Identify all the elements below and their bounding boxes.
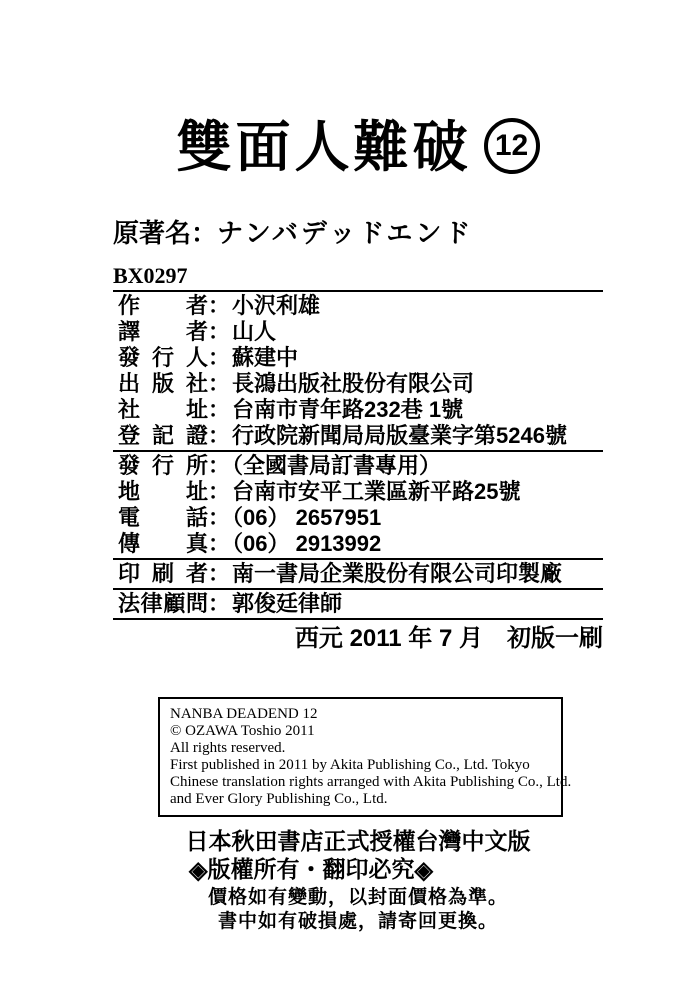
colophon-row-value: 南一書局企業股份有限公司印製廠 — [232, 561, 562, 586]
colophon-row-value: （全國書局訂書專用） — [232, 453, 441, 478]
colophon-row: 印刷者：南一書局企業股份有限公司印製廠 — [113, 561, 603, 587]
colophon-row-separator: ： — [208, 531, 230, 556]
copyright-line: and Ever Glory Publishing Co., Ltd. — [170, 791, 555, 808]
colophon-row-label: 出版社 — [118, 371, 208, 397]
copyright-box: NANBA DEADEND 12 © OZAWA Toshio 2011 All… — [158, 697, 563, 817]
colophon-row-value: 蘇建中 — [232, 345, 298, 370]
original-title: ナンバデッドエンド — [217, 218, 473, 248]
colophon-group: 作者：小沢利雄譯者：山人發行人：蘇建中出版社：長鴻出版社股份有限公司社址：台南市… — [113, 292, 603, 452]
colophon-row-value: 行政院新聞局局版臺業字第5246號 — [232, 423, 567, 448]
copyright-line: NANBA DEADEND 12 — [170, 706, 555, 723]
volume-number: 12 — [495, 117, 528, 175]
colophon-row-label: 作者 — [118, 293, 208, 319]
colophon-group: 法律顧問：郭俊廷律師 — [113, 590, 603, 620]
colophon-row-separator: ： — [208, 423, 230, 448]
edition-date: 西元 2011 年 7 月 初版一刷 — [113, 625, 603, 653]
colophon-row-label: 地址 — [118, 479, 208, 505]
diamond-icon: ◈ — [189, 857, 207, 884]
colophon-row-label: 社址 — [118, 397, 208, 423]
colophon-row-label: 傳真 — [118, 531, 208, 557]
rights-line: ◈版權所有・翻印必究◈ — [66, 855, 556, 885]
colophon-row-label: 譯者 — [118, 319, 208, 345]
diamond-icon: ◈ — [415, 857, 433, 884]
notice-line: 書中如有破損處，請寄回更換。 — [113, 910, 603, 933]
colophon-row-value: 郭俊廷律師 — [232, 591, 342, 616]
copyright-line: First published in 2011 by Akita Publish… — [170, 757, 555, 774]
colophon-row-separator: ： — [208, 397, 230, 422]
colophon-row-value: 台南市安平工業區新平路25號 — [232, 479, 520, 504]
colophon-row: 發行所：（全國書局訂書專用） — [113, 453, 603, 479]
colophon-row: 社址：台南市青年路232巷 1號 — [113, 397, 603, 423]
colophon-row-separator: ： — [208, 453, 230, 478]
original-title-line: 原著名：ナンバデッドエンド — [113, 216, 603, 250]
colophon-row-separator: ： — [208, 505, 230, 530]
colophon-row-separator: ： — [208, 293, 230, 318]
colophon-row-label: 發行所 — [118, 453, 208, 479]
colophon-row: 作者：小沢利雄 — [113, 293, 603, 319]
colophon-row: 法律顧問：郭俊廷律師 — [113, 591, 603, 617]
colophon-row-value: 小沢利雄 — [232, 293, 320, 318]
colophon-group: 印刷者：南一書局企業股份有限公司印製廠 — [113, 560, 603, 590]
colophon-row: 譯者：山人 — [113, 319, 603, 345]
colophon-row-value: 台南市青年路232巷 1號 — [232, 397, 463, 422]
colophon-row-label: 發行人 — [118, 345, 208, 371]
book-title-row: 雙面人難破12 — [113, 118, 603, 176]
colophon-row: 地址：台南市安平工業區新平路25號 — [113, 479, 603, 505]
colophon-row-separator: ： — [208, 371, 230, 396]
colophon-row: 發行人：蘇建中 — [113, 345, 603, 371]
colophon-row-separator: ： — [208, 345, 230, 370]
copyright-line: Chinese translation rights arranged with… — [170, 774, 555, 791]
volume-circle-badge: 12 — [484, 118, 540, 174]
license-line: 日本秋田書店正式授權台灣中文版 — [113, 827, 603, 855]
colophon-group: 發行所：（全國書局訂書專用）地址：台南市安平工業區新平路25號電話：（06） 2… — [113, 452, 603, 560]
book-title: 雙面人難破 — [176, 116, 471, 178]
colophon-row: 電話：（06） 2657951 — [113, 505, 603, 531]
notice-line: 價格如有變動，以封面價格為準。 — [113, 886, 603, 909]
colophon-row: 登記證：行政院新聞局局版臺業字第5246號 — [113, 423, 603, 449]
original-title-separator: ： — [191, 218, 217, 248]
colophon-row-value: （06） 2913992 — [232, 531, 381, 556]
colophon-row-separator: ： — [208, 591, 230, 616]
rights-text: 版權所有・翻印必究 — [208, 856, 415, 882]
colophon-row-label: 電話 — [118, 505, 208, 531]
colophon-row-label: 法律顧問 — [118, 591, 208, 617]
original-title-label: 原著名 — [113, 218, 191, 248]
colophon-row-value: 山人 — [232, 319, 276, 344]
colophon-row-value: （06） 2657951 — [232, 505, 381, 530]
colophon-row-label: 登記證 — [118, 423, 208, 449]
colophon-page: 雙面人難破12 原著名：ナンバデッドエンド BX0297 作者：小沢利雄譯者：山… — [113, 118, 603, 933]
colophon-row-value: 長鴻出版社股份有限公司 — [232, 371, 474, 396]
colophon-row-separator: ： — [208, 561, 230, 586]
colophon-table: 作者：小沢利雄譯者：山人發行人：蘇建中出版社：長鴻出版社股份有限公司社址：台南市… — [113, 292, 603, 620]
copyright-line: All rights reserved. — [170, 740, 555, 757]
book-code: BX0297 — [113, 264, 603, 292]
colophon-row-separator: ： — [208, 319, 230, 344]
colophon-row-label: 印刷者 — [118, 561, 208, 587]
copyright-line: © OZAWA Toshio 2011 — [170, 723, 555, 740]
colophon-row-separator: ： — [208, 479, 230, 504]
colophon-row: 傳真：（06） 2913992 — [113, 531, 603, 557]
colophon-row: 出版社：長鴻出版社股份有限公司 — [113, 371, 603, 397]
